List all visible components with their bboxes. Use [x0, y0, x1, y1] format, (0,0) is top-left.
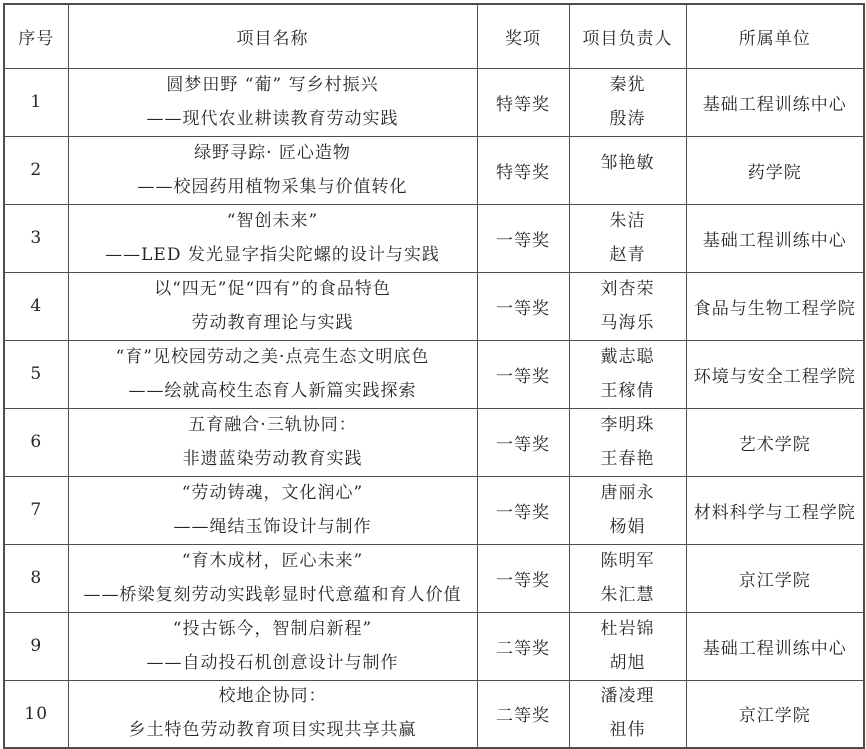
project-name-line1: “育木成材，匠心未来”: [182, 551, 363, 572]
table-row: 10 校地企协同： 乡土特色劳动教育项目实现共享共赢 二等奖 潘凌理 祖伟 京江…: [4, 680, 864, 748]
leader-line2: 殷涛: [610, 109, 646, 130]
row-number: 7: [4, 476, 68, 544]
table-row: 4 以“四无”促“四有”的食品特色 劳动教育理论与实践 一等奖 刘杏荣 马海乐 …: [4, 272, 864, 340]
table-row: 1 圆梦田野 “葡” 写乡村振兴 ——现代农业耕读教育劳动实践 特等奖 秦犹 殷…: [4, 68, 864, 136]
leader-line2: 赵青: [610, 245, 646, 266]
project-name-line2: ——绘就高校生态育人新篇实践探索: [129, 381, 417, 402]
table-row: 5 “育”见校园劳动之美·点亮生态文明底色 ——绘就高校生态育人新篇实践探索 一…: [4, 340, 864, 408]
leader-cell: 刘杏荣 马海乐: [569, 272, 686, 340]
project-name-cell: 五育融合·三轨协同： 非遗蓝染劳动教育实践: [68, 408, 477, 476]
leader-cell: 唐丽永 杨娟: [569, 476, 686, 544]
leader-cell: 陈明军 朱汇慧: [569, 544, 686, 612]
award-cell: 一等奖: [477, 408, 569, 476]
award-cell: 二等奖: [477, 612, 569, 680]
project-name-line1: “投古铄今，智制启新程”: [173, 619, 372, 640]
project-name-line2: ——校园药用植物采集与价值转化: [138, 177, 408, 198]
award-cell: 特等奖: [477, 136, 569, 204]
leader-line1: 陈明军: [601, 551, 655, 572]
project-name-line1: 五育融合·三轨协同：: [188, 415, 356, 436]
leader-line2: 马海乐: [601, 313, 655, 334]
award-cell: 一等奖: [477, 272, 569, 340]
row-number: 4: [4, 272, 68, 340]
row-number: 5: [4, 340, 68, 408]
leader-cell: 李明珠 王春艳: [569, 408, 686, 476]
project-name-line2: ——桥梁复刻劳动实践彰显时代意蕴和育人价值: [84, 585, 462, 606]
table-row: 9 “投古铄今，智制启新程” ——自动投石机创意设计与制作 二等奖 杜岩锦 胡旭…: [4, 612, 864, 680]
project-name-line2: 劳动教育理论与实践: [192, 313, 354, 334]
leader-line1: 邹艳敏: [601, 153, 655, 174]
row-number: 3: [4, 204, 68, 272]
project-name-line1: “育”见校园劳动之美·点亮生态文明底色: [116, 347, 430, 368]
project-name-line1: 以“四无”促“四有”的食品特色: [154, 279, 391, 300]
document-page: 序号 项目名称 奖项 项目负责人 所属单位 1 圆梦田野 “葡” 写乡村振兴 —…: [0, 0, 866, 749]
table-row: 6 五育融合·三轨协同： 非遗蓝染劳动教育实践 一等奖 李明珠 王春艳 艺术学院: [4, 408, 864, 476]
project-name-line2: 非遗蓝染劳动教育实践: [183, 449, 363, 470]
unit-cell: 环境与安全工程学院: [686, 340, 864, 408]
award-cell: 一等奖: [477, 340, 569, 408]
row-number: 2: [4, 136, 68, 204]
project-name-cell: “育木成材，匠心未来” ——桥梁复刻劳动实践彰显时代意蕴和育人价值: [68, 544, 477, 612]
unit-cell: 基础工程训练中心: [686, 612, 864, 680]
award-cell: 特等奖: [477, 68, 569, 136]
unit-cell: 药学院: [686, 136, 864, 204]
leader-line2: 朱汇慧: [601, 585, 655, 606]
project-name-cell: 绿野寻踪· 匠心造物 ——校园药用植物采集与价值转化: [68, 136, 477, 204]
table-row: 8 “育木成材，匠心未来” ——桥梁复刻劳动实践彰显时代意蕴和育人价值 一等奖 …: [4, 544, 864, 612]
unit-cell: 基础工程训练中心: [686, 68, 864, 136]
header-row: 序号 项目名称 奖项 项目负责人 所属单位: [4, 4, 864, 68]
unit-cell: 京江学院: [686, 680, 864, 748]
project-name-line2: ——LED 发光显字指尖陀螺的设计与实践: [105, 245, 440, 266]
leader-line1: 戴志聪: [601, 347, 655, 368]
project-name-line1: “智创未来”: [227, 211, 318, 232]
leader-cell: 朱洁 赵青: [569, 204, 686, 272]
leader-line1: 刘杏荣: [601, 279, 655, 300]
leader-line2: 杨娟: [610, 517, 646, 538]
leader-cell: 潘凌理 祖伟: [569, 680, 686, 748]
unit-cell: 艺术学院: [686, 408, 864, 476]
project-name-line2: ——绳结玉饰设计与制作: [174, 517, 372, 538]
project-name-line1: 圆梦田野 “葡” 写乡村振兴: [166, 75, 378, 96]
award-cell: 一等奖: [477, 204, 569, 272]
project-name-line1: “劳动铸魂，文化润心”: [182, 483, 363, 504]
table-row: 2 绿野寻踪· 匠心造物 ——校园药用植物采集与价值转化 特等奖 邹艳敏 药学院: [4, 136, 864, 204]
unit-cell: 京江学院: [686, 544, 864, 612]
project-name-line2: 乡土特色劳动教育项目实现共享共赢: [129, 720, 417, 741]
leader-line2: 胡旭: [610, 653, 646, 674]
awards-table: 序号 项目名称 奖项 项目负责人 所属单位 1 圆梦田野 “葡” 写乡村振兴 —…: [3, 3, 865, 749]
leader-cell: 杜岩锦 胡旭: [569, 612, 686, 680]
project-name-cell: “育”见校园劳动之美·点亮生态文明底色 ——绘就高校生态育人新篇实践探索: [68, 340, 477, 408]
leader-line1: 秦犹: [610, 75, 646, 96]
leader-line1: 潘凌理: [601, 686, 655, 707]
table-row: 7 “劳动铸魂，文化润心” ——绳结玉饰设计与制作 一等奖 唐丽永 杨娟 材料科…: [4, 476, 864, 544]
row-number: 9: [4, 612, 68, 680]
row-number: 1: [4, 68, 68, 136]
project-name-line1: 校地企协同：: [219, 686, 327, 707]
row-number: 8: [4, 544, 68, 612]
leader-line1: 杜岩锦: [601, 619, 655, 640]
leader-line1: 李明珠: [601, 415, 655, 436]
leader-line2: 王春艳: [601, 449, 655, 470]
project-name-cell: 校地企协同： 乡土特色劳动教育项目实现共享共赢: [68, 680, 477, 748]
header-project-leader: 项目负责人: [569, 4, 686, 68]
project-name-line2: ——现代农业耕读教育劳动实践: [147, 109, 399, 130]
unit-cell: 食品与生物工程学院: [686, 272, 864, 340]
award-cell: 一等奖: [477, 544, 569, 612]
project-name-cell: “投古铄今，智制启新程” ——自动投石机创意设计与制作: [68, 612, 477, 680]
leader-cell: 秦犹 殷涛: [569, 68, 686, 136]
leader-line2: 王稼倩: [601, 381, 655, 402]
row-number: 10: [4, 680, 68, 748]
project-name-line1: 绿野寻踪· 匠心造物: [194, 143, 351, 164]
project-name-cell: “智创未来” ——LED 发光显字指尖陀螺的设计与实践: [68, 204, 477, 272]
award-cell: 二等奖: [477, 680, 569, 748]
header-award: 奖项: [477, 4, 569, 68]
leader-line2: 祖伟: [610, 720, 646, 741]
table-row: 3 “智创未来” ——LED 发光显字指尖陀螺的设计与实践 一等奖 朱洁 赵青 …: [4, 204, 864, 272]
header-unit: 所属单位: [686, 4, 864, 68]
award-cell: 一等奖: [477, 476, 569, 544]
project-name-cell: 以“四无”促“四有”的食品特色 劳动教育理论与实践: [68, 272, 477, 340]
row-number: 6: [4, 408, 68, 476]
leader-line1: 朱洁: [610, 211, 646, 232]
header-serial-number: 序号: [4, 4, 68, 68]
leader-cell: 戴志聪 王稼倩: [569, 340, 686, 408]
unit-cell: 材料科学与工程学院: [686, 476, 864, 544]
leader-cell: 邹艳敏: [569, 136, 686, 204]
header-project-name: 项目名称: [68, 4, 477, 68]
project-name-cell: 圆梦田野 “葡” 写乡村振兴 ——现代农业耕读教育劳动实践: [68, 68, 477, 136]
unit-cell: 基础工程训练中心: [686, 204, 864, 272]
project-name-cell: “劳动铸魂，文化润心” ——绳结玉饰设计与制作: [68, 476, 477, 544]
leader-line1: 唐丽永: [601, 483, 655, 504]
project-name-line2: ——自动投石机创意设计与制作: [147, 653, 399, 674]
